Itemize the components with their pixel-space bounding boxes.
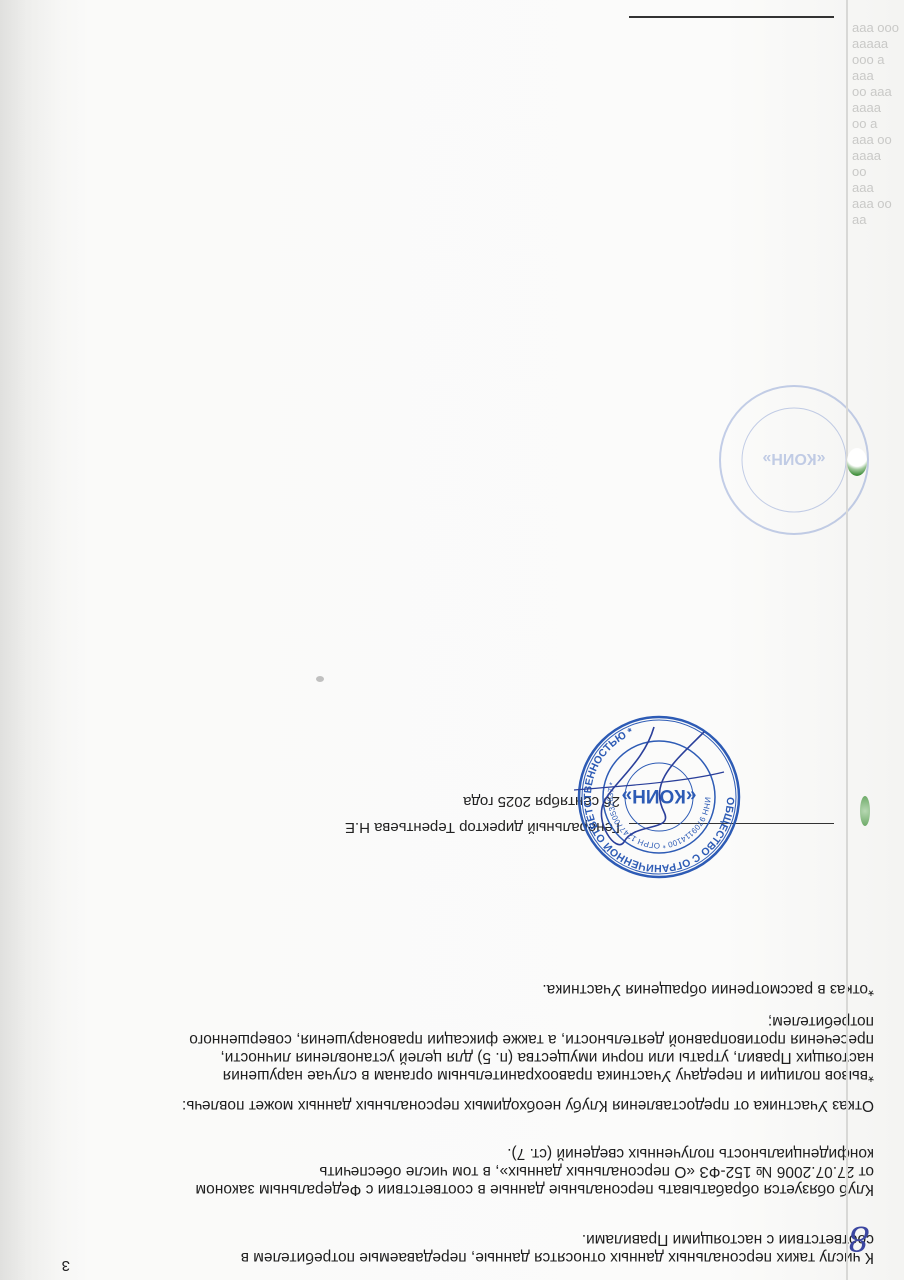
scan-speck — [316, 676, 324, 682]
paragraph-appeal-refusal: *отказ в рассмотрении обращения Участник… — [62, 980, 874, 998]
text-line: *отказ в рассмотрении обращения Участник… — [62, 980, 874, 998]
paragraph-refusal: Отказ Участника от предоставления Клубу … — [62, 1096, 874, 1114]
text-line: К числу таких персональных данных относя… — [62, 1248, 874, 1266]
green-pin-icon — [847, 448, 867, 476]
text-line: соответствии с настоящими Правилами. — [62, 1230, 874, 1248]
svg-text:«КОИН»: «КОИН» — [762, 450, 825, 467]
document-page: 3 К числу таких персональных данных отно… — [0, 0, 904, 1280]
text-line: пресечения противоправной деятельности, … — [62, 1030, 874, 1048]
handwritten-page-mark: 8 — [848, 1218, 870, 1258]
text-line: потребителем; — [62, 1012, 874, 1030]
company-stamp-icon: ОБЩЕСТВО С ОГРАНИЧЕННОЙ ОТВЕТСТВЕННОСТЬЮ… — [574, 712, 744, 882]
next-page-bleed-through: ааа оооаааааооо ааааоо аааааааоо аааа оо… — [852, 20, 904, 660]
paragraph-personal-data: К числу таких персональных данных относя… — [62, 1230, 874, 1266]
page-edge — [846, 0, 848, 1280]
text-line: конфиденциальность полученных сведений (… — [62, 1144, 874, 1162]
text-line: от 27.07.2006 № 152-ФЗ «О персональных д… — [62, 1162, 874, 1180]
text-line: Отказ Участника от предоставления Клубу … — [62, 1096, 874, 1114]
green-pin-icon — [860, 796, 870, 826]
text-line: *вызов полиции и передачу Участника прав… — [62, 1066, 874, 1084]
top-rule-line — [629, 16, 834, 18]
paragraph-police: *вызов полиции и передачу Участника прав… — [62, 1012, 874, 1084]
text-line: Клуб обязуется обрабатывать персональные… — [62, 1180, 874, 1198]
paragraph-club-obligation: Клуб обязуется обрабатывать персональные… — [62, 1144, 874, 1198]
text-line: настоящих Правил, утраты или порчи имуще… — [62, 1048, 874, 1066]
